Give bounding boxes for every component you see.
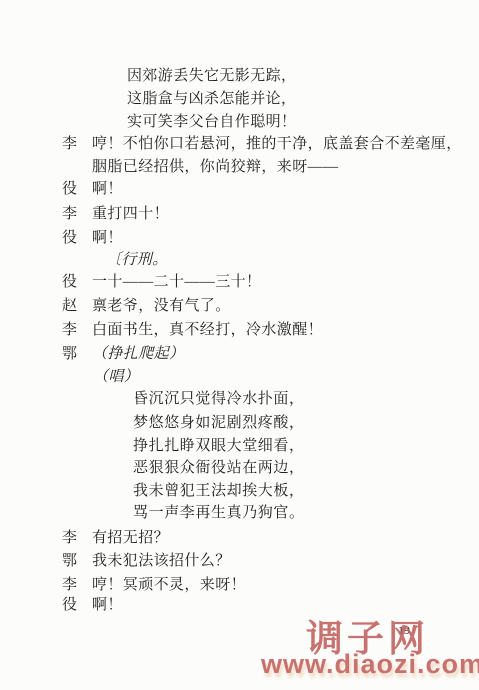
verse-text: 挣扎扎睁双眼大堂细看， <box>133 438 305 454</box>
dialogue-text: 哼！不怕你口若悬河，推的干净，底盖套合不差毫厘， <box>92 135 462 153</box>
speaker-label: 役 <box>62 229 77 247</box>
poem-text: 这脂盒与凶杀怎能并论， <box>127 91 296 107</box>
dialogue-text: 白面书生，真不经打，冷水激醒！ <box>92 321 323 339</box>
speaker-label: 赵 <box>62 297 77 315</box>
play-script-page: 因郊游丢失它无影无踪， 这脂盒与凶杀怎能并论， 实可笑李父台自作聪明！ 李 哼！… <box>0 0 479 690</box>
script-line: 挣扎扎睁双眼大堂细看， <box>133 437 305 455</box>
verse-text: 恶狠狠众衙役站在两边， <box>133 460 305 476</box>
script-line: 实可笑李父台自作聪明！ <box>127 113 296 131</box>
speaker-label: 役 <box>62 273 77 291</box>
poem-text: 实可笑李父台自作聪明！ <box>127 114 296 130</box>
dialogue-text: 胭脂已经招供，你尚狡辩，来呀—— <box>92 159 338 175</box>
speaker-label: 鄂 <box>62 345 77 363</box>
stage-direction-text: 〔行刑。 <box>106 252 168 268</box>
stage-direction-text: （唱） <box>93 369 139 385</box>
dialogue-text: 啊！ <box>92 180 123 198</box>
dialogue-text: 我未犯法该招什么？ <box>92 552 231 570</box>
dialogue-text: 哼！冥顽不灵，来呀！ <box>92 576 246 594</box>
dialogue-text: 有招无招？ <box>92 529 169 547</box>
script-line: 胭脂已经招供，你尚狡辩，来呀—— <box>92 158 338 176</box>
stage-direction: （唱） <box>93 368 139 386</box>
poem-text: 因郊游丢失它无影无踪， <box>127 68 296 84</box>
dialogue-text: 啊！ <box>92 596 123 614</box>
speaker-label: 李 <box>62 135 77 153</box>
speaker-label: 李 <box>62 529 77 547</box>
script-line: 骂一声李再生真乃狗官。 <box>133 504 305 522</box>
speaker-label: 李 <box>62 205 77 223</box>
speaker-label: 鄂 <box>62 552 77 570</box>
script-line: 因郊游丢失它无影无踪， <box>127 67 296 85</box>
dialogue-text: 啊！ <box>92 229 123 247</box>
verse-text: 我未曾犯王法却挨大板， <box>133 483 305 499</box>
dialogue-text: 禀老爷，没有气了。 <box>92 297 231 315</box>
speaker-label: 役 <box>62 180 77 198</box>
dialogue-text: 一十——二十——三十！ <box>92 273 261 291</box>
verse-text: 梦悠悠身如泥剧烈疼酸， <box>133 415 305 431</box>
script-line: 这脂盒与凶杀怎能并论， <box>127 90 296 108</box>
dialogue-text: 重打四十！ <box>92 205 169 223</box>
script-line: 昏沉沉只觉得冷水扑面， <box>133 390 305 408</box>
verse-text: 骂一声李再生真乃狗官。 <box>133 505 305 521</box>
speaker-label: 李 <box>62 576 77 594</box>
watermark-site-url: www.diaozi.com <box>261 649 479 680</box>
verse-text: 昏沉沉只觉得冷水扑面， <box>133 391 305 407</box>
speaker-label: 李 <box>62 321 77 339</box>
script-line: 梦悠悠身如泥剧烈疼酸， <box>133 414 305 432</box>
stage-direction: 〔行刑。 <box>106 251 168 269</box>
stage-direction-text: （挣扎爬起） <box>92 345 184 363</box>
script-line: 我未曾犯王法却挨大板， <box>133 482 305 500</box>
speaker-label: 役 <box>62 596 77 614</box>
script-line: 恶狠狠众衙役站在两边， <box>133 459 305 477</box>
